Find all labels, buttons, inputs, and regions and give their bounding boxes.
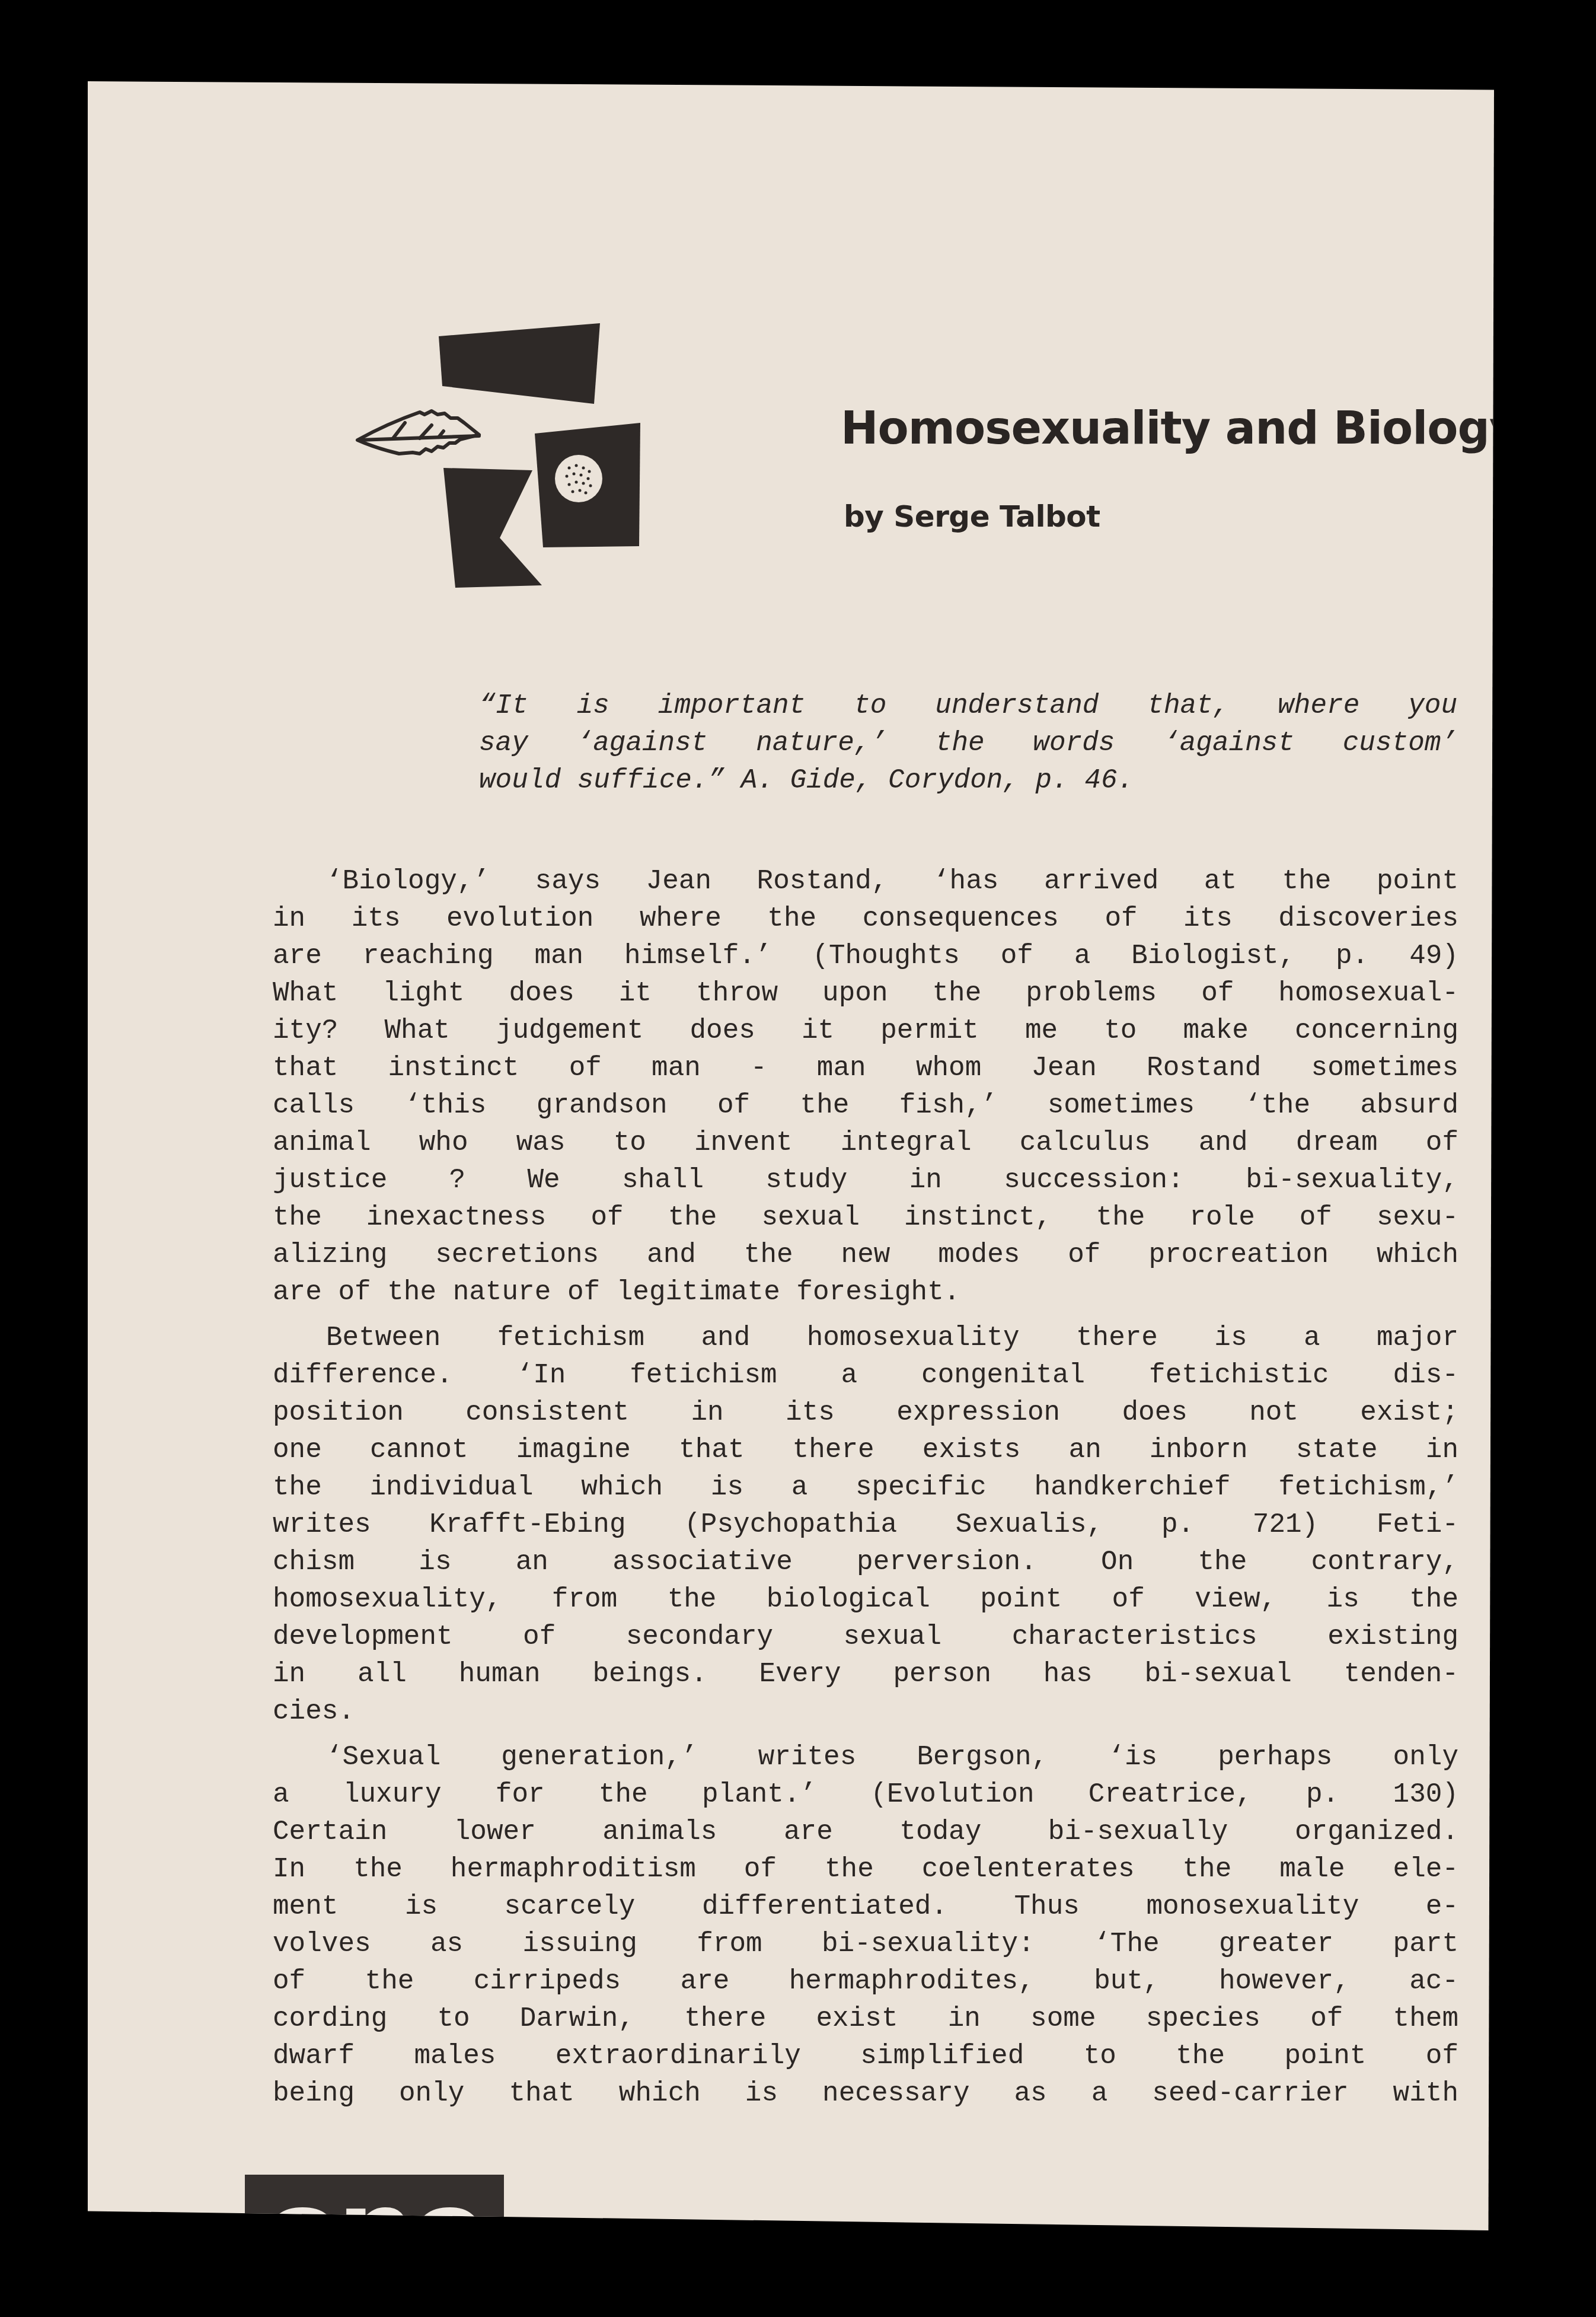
body-line: a luxury for the plant.’ (Evolution Crea…: [273, 1776, 1458, 1814]
body-line: development of secondary sexual characte…: [273, 1618, 1458, 1656]
article-body: ‘Biology,’ says Jean Rostand, ‘has arriv…: [273, 863, 1458, 2121]
dark-trapezoid-shape: [439, 323, 600, 404]
body-line: ment is scarcely differentiated. Thus mo…: [273, 1888, 1458, 1926]
body-line: difference. ‘In fetichism a congenital f…: [273, 1357, 1458, 1394]
dark-square-with-dotted-circle: [535, 423, 640, 547]
body-line: that instinct of man - man whom Jean Ros…: [273, 1050, 1458, 1087]
article-byline: by Serge Talbot: [844, 499, 1100, 534]
body-line: the individual which is a specific handk…: [273, 1469, 1458, 1506]
body-line: in all human beings. Every person has bi…: [273, 1656, 1458, 1693]
body-line: writes Krafft-Ebing (Psychopathia Sexual…: [273, 1506, 1458, 1544]
page-number: 26: [1429, 2240, 1465, 2270]
body-line: What light does it throw upon the proble…: [273, 975, 1458, 1012]
body-line: dwarf males extraordinarily simplified t…: [273, 2038, 1458, 2075]
epigraph-line: “It is important to understand that, whe…: [479, 687, 1457, 725]
body-line: justice ? We shall study in succession: …: [273, 1162, 1458, 1199]
body-line: of the cirripeds are hermaphrodites, but…: [273, 1963, 1458, 2000]
body-line: ‘Biology,’ says Jean Rostand, ‘has arriv…: [273, 863, 1458, 900]
body-line: homosexuality, from the biological point…: [273, 1581, 1458, 1618]
body-line: one cannot imagine that there exists an …: [273, 1432, 1458, 1469]
body-line: chism is an associative perversion. On t…: [273, 1544, 1458, 1581]
body-line: ‘Sexual generation,’ writes Bergson, ‘is…: [273, 1739, 1458, 1776]
epigraph-line: would suffice.” A. Gide, Corydon, p. 46.: [479, 762, 1457, 799]
logo-text: one: [265, 2181, 483, 2275]
magazine-page: Homosexuality and Biology by Serge Talbo…: [88, 81, 1494, 2230]
paragraph-3: ‘Sexual generation,’ writes Bergson, ‘is…: [273, 1739, 1458, 2112]
body-line: Between fetichism and homosexuality ther…: [273, 1320, 1458, 1357]
body-line: are reaching man himself.’ (Thoughts of …: [273, 938, 1458, 975]
decorative-illustration: [337, 313, 692, 597]
body-line: alizing secretions and the new modes of …: [273, 1236, 1458, 1274]
body-line: are of the nature of legitimate foresigh…: [273, 1274, 1458, 1311]
article-title: Homosexuality and Biology: [841, 401, 1518, 454]
body-line: being only that which is necessary as a …: [273, 2075, 1458, 2112]
body-line: ity? What judgement does it permit me to…: [273, 1012, 1458, 1050]
body-line: in its evolution where the consequences …: [273, 900, 1458, 938]
leaf-icon: [357, 411, 479, 454]
body-line: position consistent in its expression do…: [273, 1394, 1458, 1432]
body-line: volves as issuing from bi-sexuality: ‘Th…: [273, 1926, 1458, 1963]
paragraph-1: ‘Biology,’ says Jean Rostand, ‘has arriv…: [273, 863, 1458, 1311]
magazine-logo: one: [245, 2175, 504, 2286]
paragraph-2: Between fetichism and homosexuality ther…: [273, 1320, 1458, 1730]
body-line: animal who was to invent integral calcul…: [273, 1124, 1458, 1162]
body-line: Certain lower animals are today bi-sexua…: [273, 1814, 1458, 1851]
body-line: In the hermaphroditism of the coelentera…: [273, 1851, 1458, 1888]
body-line: calls ‘this grandson of the fish,’ somet…: [273, 1087, 1458, 1124]
notched-dark-shape: [443, 468, 542, 588]
body-line: cording to Darwin, there exist in some s…: [273, 2000, 1458, 2038]
body-line: the inexactness of the sexual instinct, …: [273, 1199, 1458, 1236]
epigraph-quote: “It is important to understand that, whe…: [479, 687, 1457, 799]
body-line: cies.: [273, 1693, 1458, 1730]
epigraph-line: say ‘against nature,’ the words ‘against…: [479, 725, 1457, 762]
